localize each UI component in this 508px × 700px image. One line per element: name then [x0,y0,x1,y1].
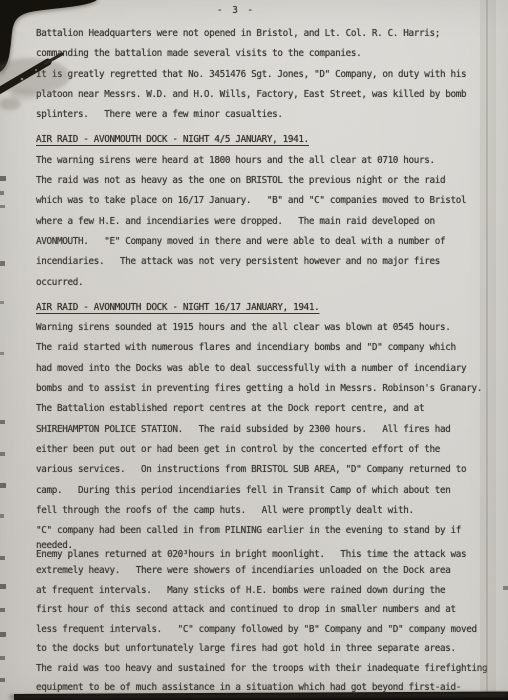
text-line: Warning sirens sounded at 1915 hours and… [36,318,488,338]
edge-mark [0,514,4,518]
text-line: to the docks but unfortunately large fir… [36,639,488,659]
text-line: SHIREHAMPTON POLICE STATION. The raid su… [36,420,488,440]
section-heading: AIR RAID - AVONMOUTH DOCK - NIGHT 4/5 JA… [36,130,488,150]
text-line: Battalion Headquarters were not opened i… [36,24,488,44]
smudge [0,98,21,110]
text-line: The raid was too heavy and sustained for… [36,659,488,679]
text-line: fell through the roofs of the camp huts.… [36,501,488,521]
text-line: It is greatly regretted that No. 3451476… [36,65,488,85]
text-line: camp. During this period incendiaries fe… [36,481,488,501]
text-line: occurred. [36,273,488,293]
text-line: bombs and to assist in preventing fires … [36,379,488,399]
section-heading: AIR RAID - AVONMOUTH DOCK - NIGHT 16/17 … [36,298,488,318]
text-line: less frequent intervals. "C" company fol… [36,620,488,640]
edge-mark [0,656,5,660]
smudge [10,90,38,100]
text-line: The raid started with numerous flares an… [36,338,488,358]
binding-tag-glint [21,78,24,81]
text-line: extremely heavy. There were showers of i… [36,561,488,581]
text-line: various services. On instructions from B… [36,460,488,480]
edge-mark [0,608,5,612]
text-line: commanding the battalion made several vi… [36,44,488,64]
document-page: - 3 -Battalion Headquarters were not ope… [0,0,508,700]
text-line: at frequent intervals. Many sticks of H.… [36,581,488,601]
document-content: - 3 -Battalion Headquarters were not ope… [36,0,488,698]
text-line: platoon near Messrs. W.D. and H.O. Wills… [36,85,488,105]
paragraph: Warning sirens sounded at 1915 hours and… [36,318,488,698]
text-line: "C" company had been called in from PILN… [36,521,488,541]
text-line: had moved into the Docks was able to dea… [36,359,488,379]
text-line: The raid was not as heavy as the one on … [36,171,488,191]
edge-mark [0,483,6,488]
text-line: which was to take place on 16/17 January… [36,191,488,211]
text-line: splinters. There were a few minor casual… [36,105,488,125]
page-number: - 3 - [36,0,436,22]
text-line: AIR RAID - AVONMOUTH DOCK - NIGHT 4/5 JA… [36,130,488,150]
edge-mark [0,176,6,181]
paragraph: Battalion Headquarters were not opened i… [36,24,488,125]
edge-mark [0,678,5,682]
edge-mark-right [503,586,508,590]
text-line: AVONMOUTH. "E" Company moved in there an… [36,232,488,252]
text-line: Enemy planes returned at 020³hours in br… [36,550,488,561]
edge-mark [0,584,6,589]
text-line: AIR RAID - AVONMOUTH DOCK - NIGHT 16/17 … [36,298,488,318]
edge-mark [0,301,4,304]
text-line: The Battalion established report centres… [36,399,488,419]
edge-mark [0,205,5,208]
edge-mark [0,632,6,637]
edge-mark [0,420,5,424]
text-line: where a few H.E. and incendiaries were d… [36,212,488,232]
text-line: incendiaries. The attack was not very pe… [36,252,488,272]
paragraph: The warning sirens were heard at 1800 ho… [36,151,488,293]
edge-mark [0,191,4,195]
text-line: first hour of this second attack and con… [36,600,488,620]
edge-mark [0,452,5,456]
edge-mark [0,352,4,355]
edge-mark [0,556,5,560]
text-line: either been put out or had been get in c… [36,440,488,460]
edge-mark [0,261,5,266]
text-line: - 3 - [36,0,436,22]
text-line: equipment to be of much assistance in a … [36,678,488,698]
text-line: The warning sirens were heard at 1800 ho… [36,151,488,171]
